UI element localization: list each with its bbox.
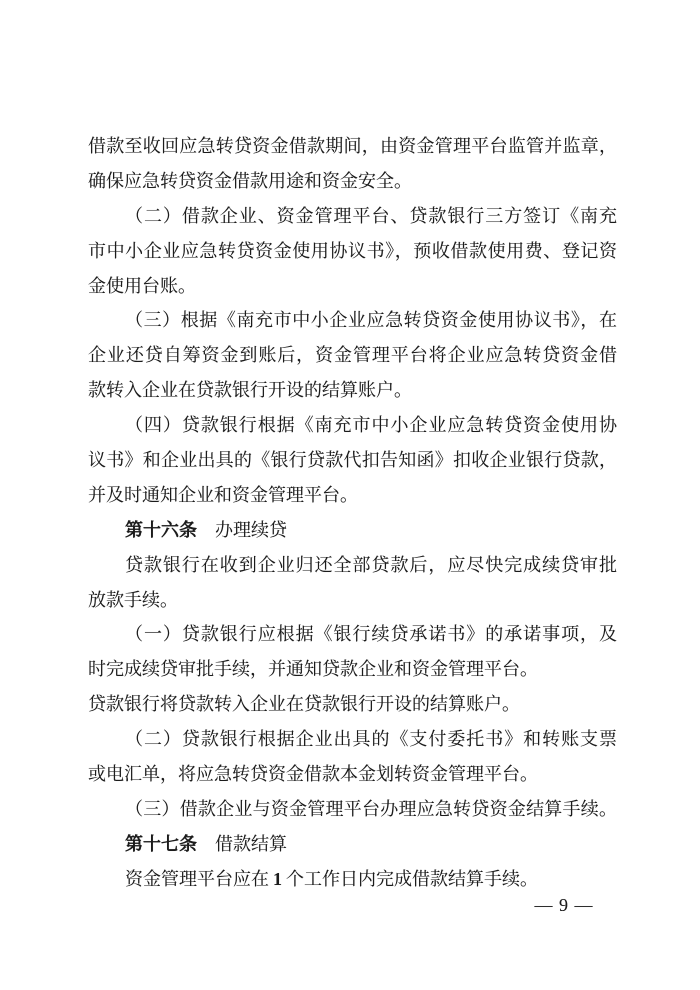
text-segment: 金使用台账。 bbox=[88, 276, 196, 296]
text-line: 企业还贷自筹资金到账后，资金管理平台将企业应急转贷资金借 bbox=[88, 338, 617, 373]
text-segment: 个工作日内完成借款结算手续。 bbox=[286, 869, 538, 889]
text-segment: 市中小企业应急转贷资金使用协议书》，预收借款使用费、登记资 bbox=[88, 241, 617, 261]
text-line: 并及时通知企业和资金管理平台。 bbox=[88, 478, 617, 513]
text-segment: 借款至收回应急转贷资金借款期间，由资金管理平台监管并监章， bbox=[88, 136, 617, 156]
text-line: 资金管理平台应在1个工作日内完成借款结算手续。 bbox=[88, 862, 617, 897]
text-segment: （三）借款企业与资金管理平台办理应急转贷资金结算手续。 bbox=[125, 799, 617, 819]
text-line: 时完成续贷审批手续，并通知贷款企业和资金管理平台。 bbox=[88, 652, 617, 687]
text-segment: 贷款银行在收到企业归还全部贷款后，应尽快完成续贷审批 bbox=[125, 555, 617, 575]
text-segment: 贷款银行将贷款转入企业在贷款银行开设的结算账户。 bbox=[88, 694, 520, 714]
document-body: 借款至收回应急转贷资金借款期间，由资金管理平台监管并监章，确保应急转贷资金借款用… bbox=[88, 129, 617, 897]
text-line: 借款至收回应急转贷资金借款期间，由资金管理平台监管并监章， bbox=[88, 129, 617, 164]
text-segment: 企业还贷自筹资金到账后，资金管理平台将企业应急转贷资金借 bbox=[88, 345, 617, 365]
text-line: 或电汇单，将应急转贷资金借款本金划转资金管理平台。 bbox=[88, 757, 617, 792]
text-segment: 议书》和企业出具的《银行贷款代扣告知函》扣收企业银行贷款， bbox=[88, 450, 617, 470]
text-line: （二）贷款银行根据企业出具的《支付委托书》和转账支票 bbox=[88, 722, 617, 757]
text-segment: （二）贷款银行根据企业出具的《支付委托书》和转账支票 bbox=[125, 729, 617, 749]
text-line: 第十六条 办理续贷 bbox=[88, 513, 617, 548]
document-page: 借款至收回应急转贷资金借款期间，由资金管理平台监管并监章，确保应急转贷资金借款用… bbox=[0, 0, 700, 990]
text-segment: （一）贷款银行应根据《银行续贷承诺书》的承诺事项，及 bbox=[125, 624, 617, 644]
text-segment: 放款手续。 bbox=[88, 590, 178, 610]
text-line: 确保应急转贷资金借款用途和资金安全。 bbox=[88, 164, 617, 199]
text-segment: 借款结算 bbox=[197, 834, 287, 854]
text-segment: 办理续贷 bbox=[197, 520, 287, 540]
text-line: 贷款银行在收到企业归还全部贷款后，应尽快完成续贷审批 bbox=[88, 548, 617, 583]
text-segment: 并及时通知企业和资金管理平台。 bbox=[88, 485, 358, 505]
text-line: （三）借款企业与资金管理平台办理应急转贷资金结算手续。 bbox=[88, 792, 617, 827]
page-number: — 9 — bbox=[528, 895, 600, 915]
text-segment: （三）根据《南充市中小企业应急转贷资金使用协议书》，在 bbox=[125, 310, 617, 330]
text-segment: （二）借款企业、资金管理平台、贷款银行三方签订《南充 bbox=[125, 206, 617, 226]
text-line: （二）借款企业、资金管理平台、贷款银行三方签订《南充 bbox=[88, 199, 617, 234]
text-line: （四）贷款银行根据《南充市中小企业应急转贷资金使用协 bbox=[88, 408, 617, 443]
text-line: 第十七条 借款结算 bbox=[88, 827, 617, 862]
text-line: 放款手续。 bbox=[88, 583, 617, 618]
text-segment: （四）贷款银行根据《南充市中小企业应急转贷资金使用协 bbox=[125, 415, 617, 435]
text-line: 市中小企业应急转贷资金使用协议书》，预收借款使用费、登记资 bbox=[88, 234, 617, 269]
bold-text-segment: 第十七条 bbox=[125, 834, 197, 854]
text-line: （一）贷款银行应根据《银行续贷承诺书》的承诺事项，及 bbox=[88, 617, 617, 652]
text-line: 议书》和企业出具的《银行贷款代扣告知函》扣收企业银行贷款， bbox=[88, 443, 617, 478]
text-segment: 或电汇单，将应急转贷资金借款本金划转资金管理平台。 bbox=[88, 764, 538, 784]
text-line: 贷款银行将贷款转入企业在贷款银行开设的结算账户。 bbox=[88, 687, 617, 722]
bold-text-segment: 第十六条 bbox=[125, 520, 197, 540]
text-line: 金使用台账。 bbox=[88, 269, 617, 304]
text-line: （三）根据《南充市中小企业应急转贷资金使用协议书》，在 bbox=[88, 303, 617, 338]
text-segment: 确保应急转贷资金借款用途和资金安全。 bbox=[88, 171, 412, 191]
text-segment: 时完成续贷审批手续，并通知贷款企业和资金管理平台。 bbox=[88, 659, 538, 679]
text-line: 款转入企业在贷款银行开设的结算账户。 bbox=[88, 373, 617, 408]
bold-text-segment: 1 bbox=[273, 869, 282, 889]
text-segment: 款转入企业在贷款银行开设的结算账户。 bbox=[88, 380, 412, 400]
text-segment: 资金管理平台应在 bbox=[125, 869, 269, 889]
